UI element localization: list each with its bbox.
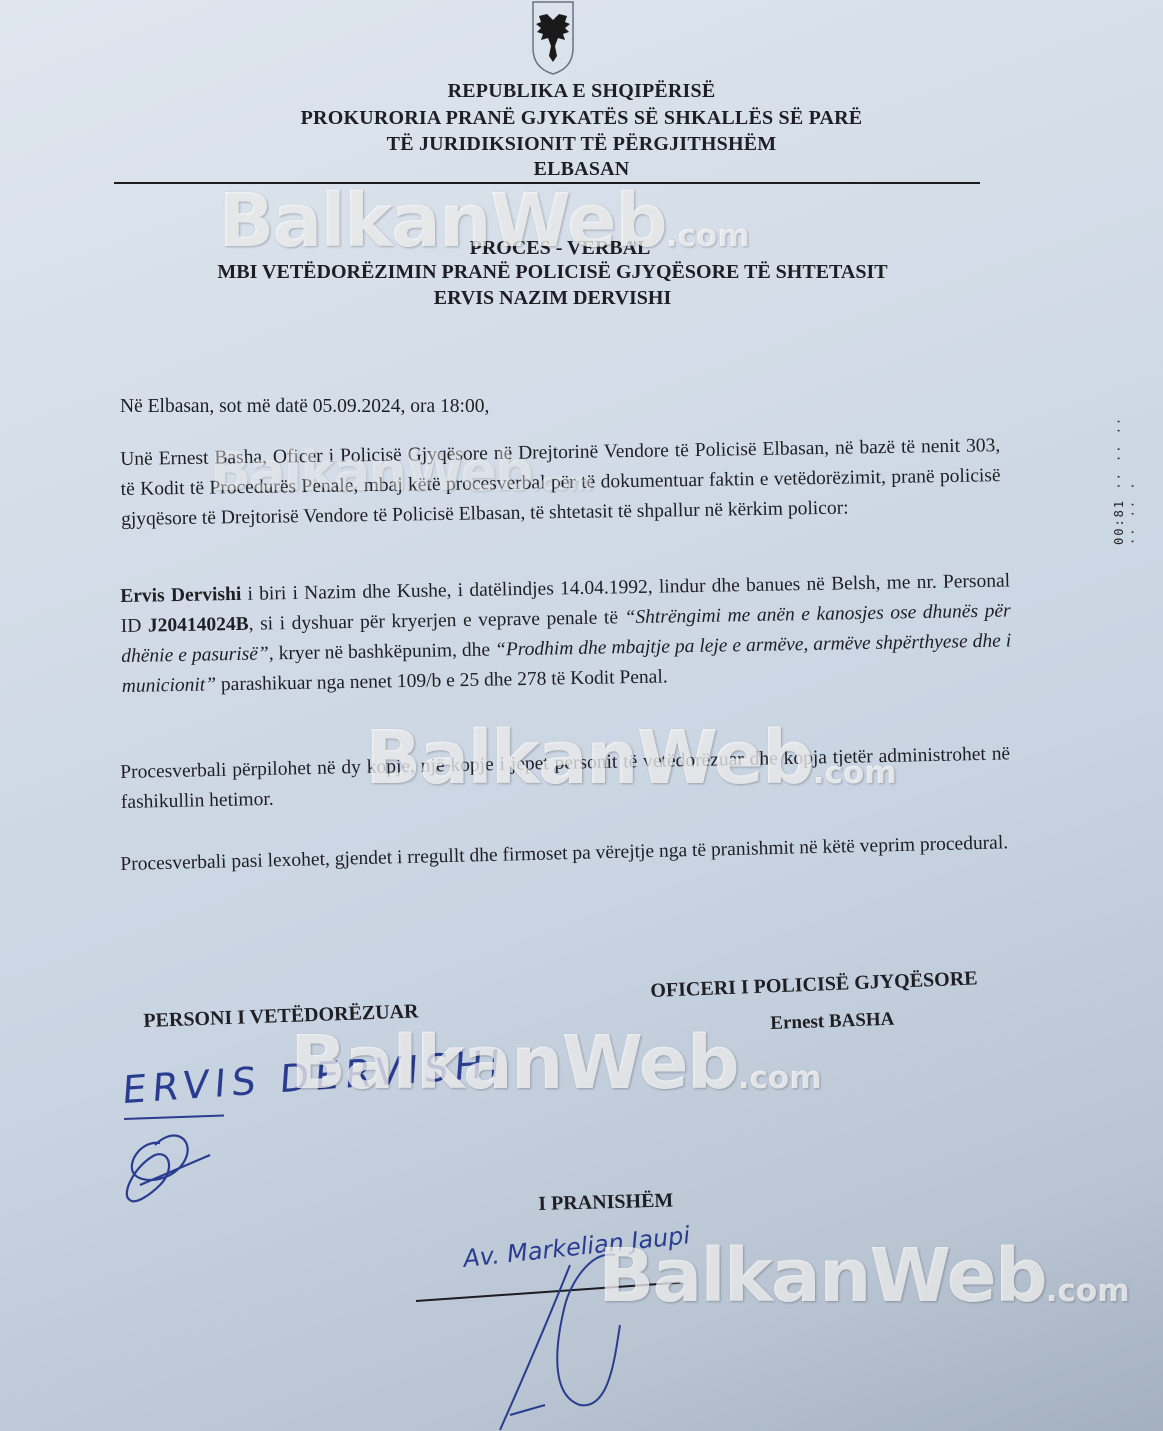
paragraph-copies: Procesverbali përpilohet në dy kopje, nj… [120,739,1011,818]
handwritten-underline [124,1115,224,1120]
date-line: Në Elbasan, sot më datë 05.09.2024, ora … [120,392,1020,422]
paragraph-signing: Procesverbali pasi lexohet, gjendet i rr… [120,828,1015,880]
side-time-stamp: 00:81 ·· ·· ·· ·· ·· · [1112,400,1132,545]
albanian-eagle-emblem-icon [527,0,579,76]
header-prosecution-office: PROKURORIA PRANË GJYKATËS SË SHKALLËS SË… [0,107,1163,130]
label-surrendered-person: PERSONI I VETËDORËZUAR [143,1000,419,1033]
witness-signature-icon [470,1245,620,1431]
handwritten-suspect-name: ERVIS DERVISHI [121,1041,508,1112]
personal-id: J20414024B [148,614,249,637]
header-city: ELBASAN [0,158,1163,181]
suspect-name: Ervis Dervishi [120,584,241,607]
document-page: REPUBLIKA E SHQIPËRISË PROKURORIA PRANË … [0,0,1163,1431]
document-title: PROCES - VERBAL [0,237,1120,260]
paragraph-officer-statement: Unë Ernest Basha, Oficer i Policisë Gjyq… [120,431,1001,535]
label-witness: I PRANISHËM [538,1189,674,1216]
header-divider [114,182,980,184]
paragraph-suspect-details: Ervis Dervishi i biri i Nazim dhe Kushe,… [120,566,1012,702]
label-judicial-police-officer: OFICERI I POLICISË GJYQËSORE [650,967,978,1003]
header-jurisdiction: TË JURIDIKSIONIT TË PËRGJITHSHËM [0,133,1163,156]
document-subtitle: MBI VETËDORËZIMIN PRANË POLICISË GJYQËSO… [0,261,1105,284]
header-republic: REPUBLIKA E SHQIPËRISË [0,80,1163,103]
document-subject-name: ERVIS NAZIM DERVISHI [0,287,1105,310]
officer-name: Ernest BASHA [770,1009,895,1035]
suspect-signature-icon [115,1125,225,1210]
